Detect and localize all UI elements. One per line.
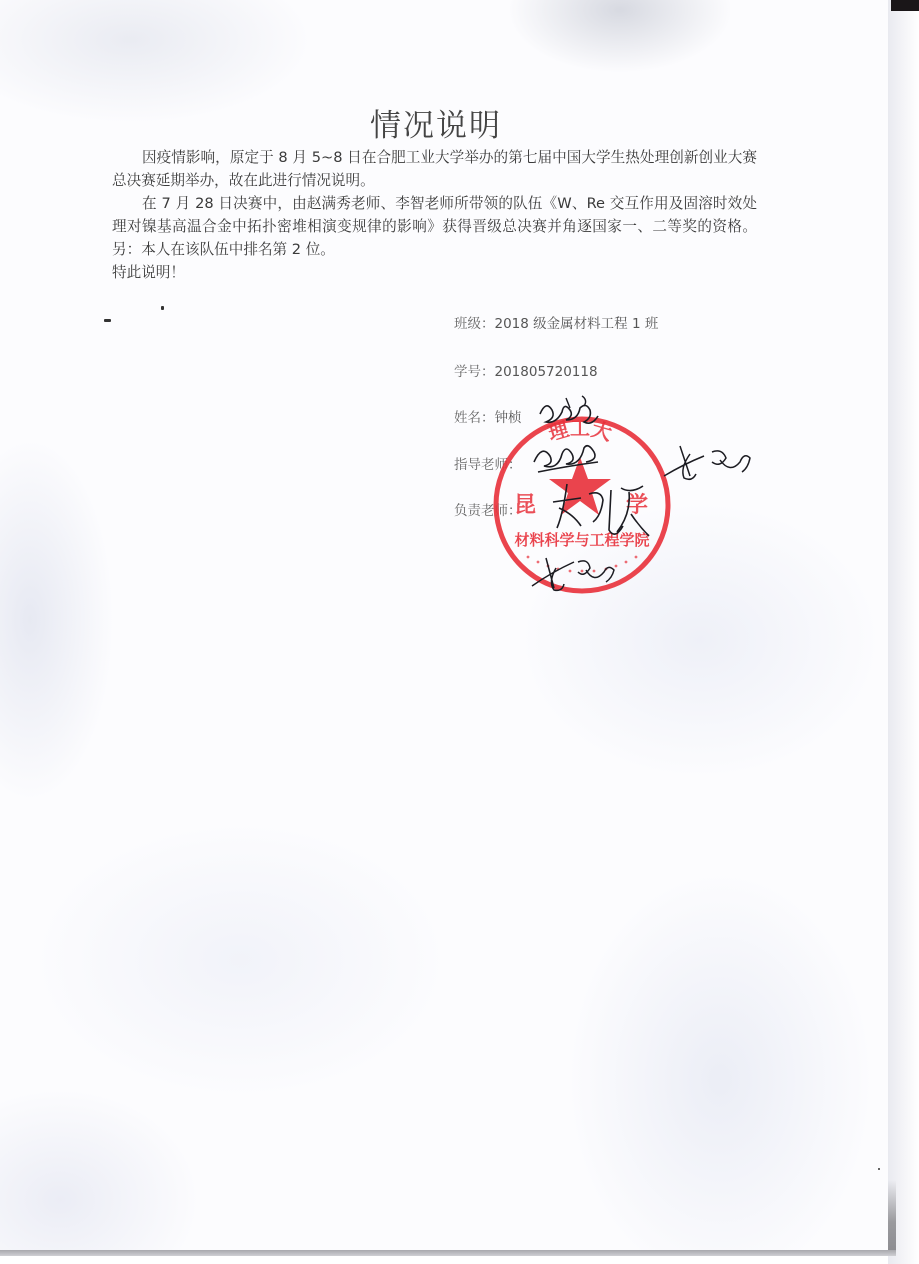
signature-extra (528, 548, 618, 598)
field-student-id-label: 学号： (454, 364, 495, 380)
scan-speck (104, 319, 111, 322)
scan-edge-right (888, 0, 919, 1264)
signature-student (536, 392, 616, 432)
document-title: 情况说明 (0, 100, 872, 145)
seal-left-char: 昆 (514, 493, 536, 518)
scan-speck (161, 306, 164, 310)
document-body: 因疫情影响，原定于 8 月 5~8 日在合肥工业大学举办的第七届中国大学生热处理… (112, 146, 757, 284)
field-student-id-value: 201805720118 (495, 364, 598, 380)
paragraph-closing: 特此说明！ (112, 261, 757, 284)
signature-advisor-1 (528, 432, 618, 476)
field-student-id: 学号：201805720118 (454, 360, 598, 380)
scan-speck (878, 1168, 880, 1170)
scan-shadow-right (888, 1180, 896, 1250)
signature-responsible (545, 478, 655, 548)
field-class-label: 班级： (454, 316, 495, 332)
scan-edge-bottom (0, 1250, 896, 1256)
field-class-value: 2018 级金属材料工程 1 班 (495, 316, 659, 332)
paragraph-team-result: 在 7 月 28 日决赛中，由赵满秀老师、李智老师所带领的队伍《W、Re 交互作… (112, 192, 757, 261)
scan-corner-mark (891, 0, 919, 11)
signature-advisor-2 (660, 436, 756, 486)
paragraph-background: 因疫情影响，原定于 8 月 5~8 日在合肥工业大学举办的第七届中国大学生热处理… (112, 146, 757, 192)
field-class: 班级：2018 级金属材料工程 1 班 (454, 312, 658, 332)
